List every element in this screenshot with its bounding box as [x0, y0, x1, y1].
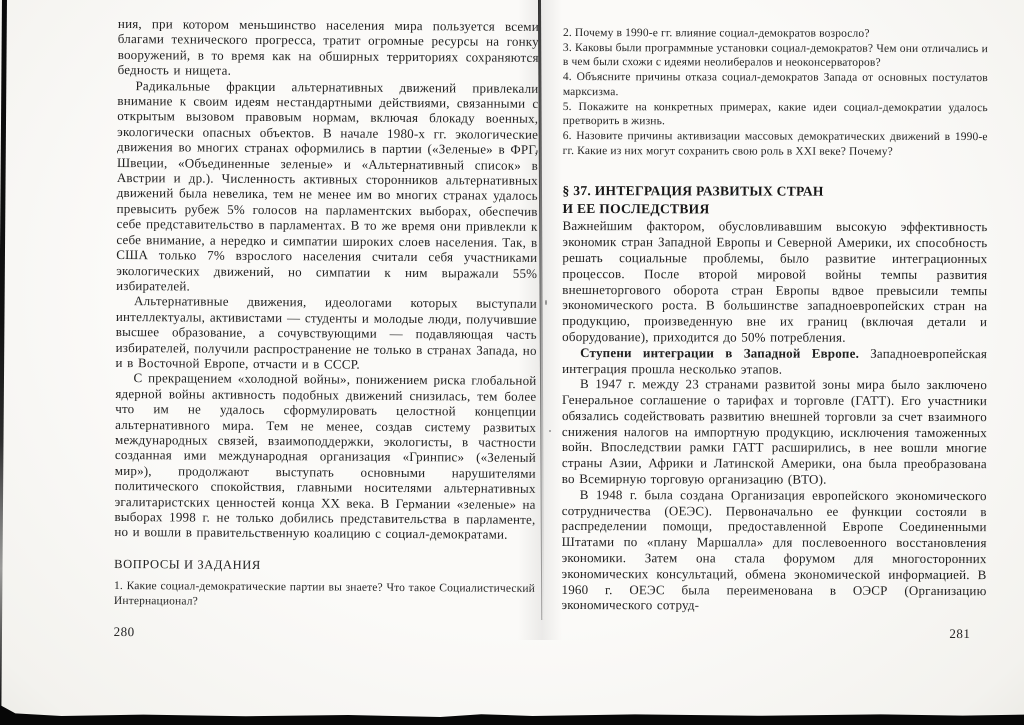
scan-edge-left	[0, 0, 7, 712]
page-number: 281	[561, 625, 986, 642]
body-paragraph: В 1947 г. между 23 странами развитой зон…	[562, 376, 987, 488]
question-item: 2. Почему в 1990-е гг. влияние социал-де…	[563, 26, 988, 42]
questions-list: 2. Почему в 1990-е гг. влияние социал-де…	[563, 26, 988, 159]
question-item: 5. Покажите на конкретных примерах, каки…	[563, 100, 988, 131]
book-spread: ния, при котором меньшинство населения м…	[0, 0, 1024, 725]
scan-speck	[545, 300, 547, 305]
page-number: 280	[114, 624, 535, 643]
question-item: 1. Какие социал-демократические партии в…	[114, 579, 535, 611]
section-heading-line1: § 37. ИНТЕГРАЦИЯ РАЗВИТЫХ СТРАН	[563, 183, 824, 199]
page-left: ния, при котором меньшинство населения м…	[114, 16, 539, 643]
paragraph-bold-lead: Ступени интеграции в Западной Европе.	[580, 345, 859, 361]
scan-speck	[549, 430, 551, 432]
question-item: 4. Объясните причины отказа социал-демок…	[563, 70, 988, 101]
question-item: 3. Каковы были программные установки соц…	[563, 41, 988, 72]
page-gutter-line	[538, 0, 544, 620]
body-paragraph: Ступени интеграции в Западной Европе. За…	[562, 345, 987, 378]
body-paragraph: ния, при котором меньшинство населения м…	[118, 16, 539, 81]
question-item: 6. Назовите причины активизации массовых…	[563, 129, 988, 160]
scan-edge-bottom	[0, 705, 1024, 725]
body-paragraph: Радикальные фракции альтернативных движе…	[116, 78, 538, 297]
page-right: 2. Почему в 1990-е гг. влияние социал-де…	[561, 26, 988, 642]
body-paragraph: С прекращением «холодной войны», понижен…	[114, 370, 536, 542]
section-heading-line2: И ЕЕ ПОСЛЕДСТВИЯ	[563, 201, 710, 216]
body-paragraph: Важнейшим фактором, обусловливавшим высо…	[562, 218, 987, 345]
body-paragraph: Альтернативные движения, идеологами кото…	[116, 293, 538, 373]
questions-heading: ВОПРОСЫ И ЗАДАНИЯ	[114, 557, 535, 575]
body-paragraph: В 1948 г. была создана Организация европ…	[561, 487, 986, 614]
section-heading: § 37. ИНТЕГРАЦИЯ РАЗВИТЫХ СТРАН И ЕЕ ПОС…	[562, 182, 987, 219]
scan-speck	[536, 150, 538, 153]
